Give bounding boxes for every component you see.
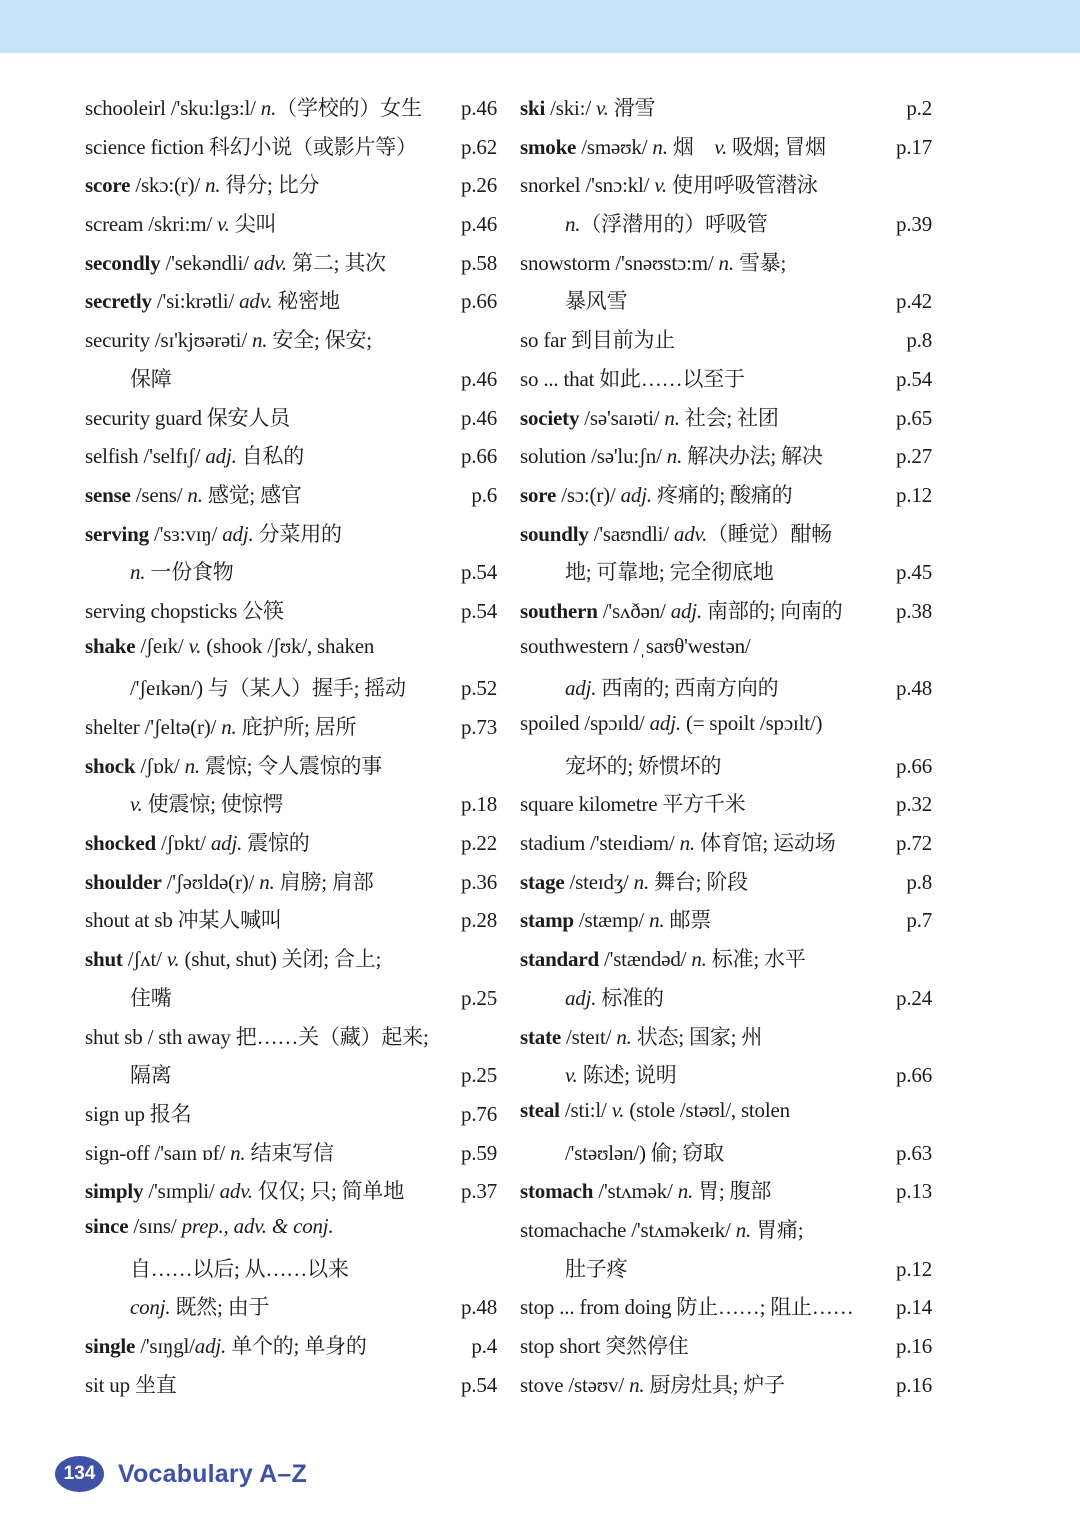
vocab-entry-line: shake /ʃeɪk/ v. (shook /ʃʊk/, shaken — [85, 634, 497, 673]
vocab-entry-line: simply /'sɪmpli/ adv. 仅仅; 只; 简单地p.37 — [85, 1175, 497, 1214]
vocab-entry-line: 自……以后; 从……以来 — [85, 1253, 497, 1292]
vocab-entry-text: /'ʃeɪkən/) 与（某人）握手; 摇动 — [85, 672, 406, 702]
vocab-entry-line: southern /'sʌðən/ adj. 南部的; 向南的p.38 — [520, 595, 932, 634]
vocabulary-list: schooleirl /'sku:lgɜ:l/ n.（学校的）女生p.46sci… — [85, 92, 945, 1407]
page-ref: p.42 — [896, 289, 932, 314]
vocab-entry-line: so far 到目前为止p.8 — [520, 324, 932, 363]
vocab-entry-text: stadium /'steɪdiəm/ n. 体育馆; 运动场 — [520, 827, 836, 857]
vocab-entry-text: selfish /'selfɪʃ/ adj. 自私的 — [85, 440, 304, 470]
vocab-entry-line: security /sɪ'kjʊərəti/ n. 安全; 保安; — [85, 324, 497, 363]
page-ref: p.63 — [896, 1141, 932, 1166]
vocab-entry-line: ski /ski:/ v. 滑雪p.2 — [520, 92, 932, 131]
page-ref: p.66 — [461, 444, 497, 469]
vocab-entry-text: v. 陈述; 说明 — [520, 1059, 677, 1089]
page-number-badge: 134 — [55, 1456, 104, 1492]
vocab-entry-line: single /'sɪŋgl/adj. 单个的; 单身的p.4 — [85, 1330, 497, 1369]
vocab-entry-text: serving /'sɜ:vɪŋ/ adj. 分菜用的 — [85, 518, 342, 548]
vocab-entry-line: sit up 坐直p.54 — [85, 1369, 497, 1408]
vocab-entry-text: stove /stəʊv/ n. 厨房灶具; 炉子 — [520, 1369, 785, 1399]
section-title: Vocabulary A–Z — [118, 1460, 307, 1489]
vocab-entry-line: soundly /'saʊndli/ adv.（睡觉）酣畅 — [520, 518, 932, 557]
page-ref: p.7 — [906, 908, 932, 933]
vocab-entry-line: selfish /'selfɪʃ/ adj. 自私的p.66 — [85, 440, 497, 479]
vocab-entry-text: sign-off /'saɪn ɒf/ n. 结束写信 — [85, 1137, 334, 1167]
header-band — [0, 0, 1080, 53]
page-ref: p.46 — [461, 367, 497, 392]
vocab-entry-text: 住嘴 — [85, 982, 172, 1012]
vocab-entry-line: sense /sens/ n. 感觉; 感官p.6 — [85, 479, 497, 518]
page-ref: p.13 — [896, 1179, 932, 1204]
page-ref: p.25 — [461, 1063, 497, 1088]
vocab-entry-line: secondly /'sekəndli/ adv. 第二; 其次p.58 — [85, 247, 497, 286]
vocab-entry-line: adj. 西南的; 西南方向的p.48 — [520, 672, 932, 711]
vocab-entry-text: simply /'sɪmpli/ adv. 仅仅; 只; 简单地 — [85, 1175, 404, 1205]
vocab-entry-text: adj. 标准的 — [520, 982, 664, 1012]
vocab-entry-line: shout at sb 冲某人喊叫p.28 — [85, 904, 497, 943]
vocab-entry-text: n. 一份食物 — [85, 556, 234, 586]
page-ref: p.45 — [896, 560, 932, 585]
vocab-entry-line: stage /steɪdʒ/ n. 舞台; 阶段p.8 — [520, 866, 932, 905]
vocab-entry-line: serving chopsticks 公筷p.54 — [85, 595, 497, 634]
page-ref: p.25 — [461, 986, 497, 1011]
vocab-entry-line: scream /skri:m/ v. 尖叫p.46 — [85, 208, 497, 247]
vocab-entry-line: sore /sɔ:(r)/ adj. 疼痛的; 酸痛的p.12 — [520, 479, 932, 518]
vocab-entry-text: 地; 可靠地; 完全彻底地 — [520, 556, 774, 586]
vocab-entry-text: soundly /'saʊndli/ adv.（睡觉）酣畅 — [520, 518, 832, 548]
page-ref: p.6 — [471, 483, 497, 508]
vocab-entry-text: shelter /'ʃeltə(r)/ n. 庇护所; 居所 — [85, 711, 356, 741]
vocab-entry-text: sore /sɔ:(r)/ adj. 疼痛的; 酸痛的 — [520, 479, 792, 509]
page-ref: p.54 — [896, 367, 932, 392]
vocab-entry-line: society /sə'saɪəti/ n. 社会; 社团p.65 — [520, 402, 932, 441]
page-ref: p.24 — [896, 986, 932, 1011]
vocab-entry-line: stamp /stæmp/ n. 邮票p.7 — [520, 904, 932, 943]
vocab-entry-line: science fiction 科幻小说（或影片等）p.62 — [85, 131, 497, 170]
vocab-entry-text: security /sɪ'kjʊərəti/ n. 安全; 保安; — [85, 324, 372, 354]
vocab-entry-line: shock /ʃɒk/ n. 震惊; 令人震惊的事 — [85, 750, 497, 789]
vocab-entry-text: shout at sb 冲某人喊叫 — [85, 904, 282, 934]
vocab-entry-text: state /steɪt/ n. 状态; 国家; 州 — [520, 1021, 762, 1051]
vocab-entry-line: state /steɪt/ n. 状态; 国家; 州 — [520, 1021, 932, 1060]
vocab-entry-line: stop ... from doing 防止……; 阻止……p.14 — [520, 1291, 932, 1330]
vocab-entry-line: n. 一份食物p.54 — [85, 556, 497, 595]
vocab-entry-text: 暴风雪 — [520, 285, 627, 315]
vocab-entry-line: 保障p.46 — [85, 363, 497, 402]
vocab-entry-text: since /sɪns/ prep., adv. & conj. — [85, 1214, 334, 1239]
vocab-entry-line: shut /ʃʌt/ v. (shut, shut) 关闭; 合上; — [85, 943, 497, 982]
page-ref: p.54 — [461, 1373, 497, 1398]
vocab-entry-text: security guard 保安人员 — [85, 402, 290, 432]
page-ref: p.38 — [896, 599, 932, 624]
page-ref: p.8 — [906, 328, 932, 353]
vocab-entry-text: shut sb / sth away 把……关（藏）起来; — [85, 1021, 429, 1051]
vocab-entry-text: science fiction 科幻小说（或影片等） — [85, 131, 417, 161]
vocab-entry-text: sign up 报名 — [85, 1098, 192, 1128]
vocab-entry-line: secretly /'si:krətli/ adv. 秘密地p.66 — [85, 285, 497, 324]
page-ref: p.72 — [896, 831, 932, 856]
page-ref: p.73 — [461, 715, 497, 740]
page-ref: p.46 — [461, 96, 497, 121]
vocab-entry-line: stomachache /'stʌməkeɪk/ n. 胃痛; — [520, 1214, 932, 1253]
page-ref: p.59 — [461, 1141, 497, 1166]
vocab-entry-text: 隔离 — [85, 1059, 172, 1089]
vocab-entry-line: snorkel /'snɔ:kl/ v. 使用呼吸管潜泳 — [520, 169, 932, 208]
vocab-entry-text: adj. 西南的; 西南方向的 — [520, 672, 778, 702]
vocab-entry-line: schooleirl /'sku:lgɜ:l/ n.（学校的）女生p.46 — [85, 92, 497, 131]
vocab-entry-text: shock /ʃɒk/ n. 震惊; 令人震惊的事 — [85, 750, 382, 780]
page-ref: p.66 — [896, 754, 932, 779]
vocab-entry-line: shut sb / sth away 把……关（藏）起来; — [85, 1021, 497, 1060]
vocab-entry-line: 住嘴p.25 — [85, 982, 497, 1021]
vocab-entry-text: stomach /'stʌmək/ n. 胃; 腹部 — [520, 1175, 771, 1205]
vocab-entry-line: snowstorm /'snəʊstɔ:m/ n. 雪暴; — [520, 247, 932, 286]
page-ref: p.26 — [461, 173, 497, 198]
page-ref: p.14 — [896, 1295, 932, 1320]
vocab-entry-text: solution /sə'lu:ʃn/ n. 解决办法; 解决 — [520, 440, 823, 470]
page-ref: p.39 — [896, 212, 932, 237]
page-ref: p.46 — [461, 212, 497, 237]
page-ref: p.46 — [461, 406, 497, 431]
vocab-entry-text: single /'sɪŋgl/adj. 单个的; 单身的 — [85, 1330, 367, 1360]
vocab-entry-text: 宠坏的; 娇惯坏的 — [520, 750, 721, 780]
vocab-entry-line: v. 陈述; 说明p.66 — [520, 1059, 932, 1098]
vocab-entry-line: serving /'sɜ:vɪŋ/ adj. 分菜用的 — [85, 518, 497, 557]
vocab-entry-line: adj. 标准的p.24 — [520, 982, 932, 1021]
vocab-entry-text: serving chopsticks 公筷 — [85, 595, 284, 625]
page-ref: p.16 — [896, 1373, 932, 1398]
vocab-entry-text: spoiled /spɔɪld/ adj. (= spoilt /spɔɪlt/… — [520, 711, 822, 736]
vocab-entry-line: shocked /ʃɒkt/ adj. 震惊的p.22 — [85, 827, 497, 866]
vocab-entry-text: sense /sens/ n. 感觉; 感官 — [85, 479, 302, 509]
vocab-entry-line: spoiled /spɔɪld/ adj. (= spoilt /spɔɪlt/… — [520, 711, 932, 750]
vocab-entry-text: 保障 — [85, 363, 172, 393]
vocab-entry-line: 肚子疼p.12 — [520, 1253, 932, 1292]
vocab-entry-text: stomachache /'stʌməkeɪk/ n. 胃痛; — [520, 1214, 803, 1244]
page-ref: p.2 — [906, 96, 932, 121]
vocab-entry-text: secretly /'si:krətli/ adv. 秘密地 — [85, 285, 340, 315]
vocab-entry-line: sign up 报名p.76 — [85, 1098, 497, 1137]
vocab-entry-text: southern /'sʌðən/ adj. 南部的; 向南的 — [520, 595, 843, 625]
page-ref: p.54 — [461, 599, 497, 624]
vocab-entry-text: 肚子疼 — [520, 1253, 627, 1283]
vocab-entry-line: so ... that 如此……以至于p.54 — [520, 363, 932, 402]
page-ref: p.32 — [896, 792, 932, 817]
vocab-entry-text: v. 使震惊; 使惊愕 — [85, 788, 283, 818]
page-ref: p.65 — [896, 406, 932, 431]
page-ref: p.66 — [461, 289, 497, 314]
vocab-entry-line: security guard 保安人员p.46 — [85, 402, 497, 441]
vocab-entry-line: square kilometre 平方千米p.32 — [520, 788, 932, 827]
page-ref: p.36 — [461, 870, 497, 895]
vocab-entry-text: snorkel /'snɔ:kl/ v. 使用呼吸管潜泳 — [520, 169, 818, 199]
page-ref: p.48 — [461, 1295, 497, 1320]
page-ref: p.48 — [896, 676, 932, 701]
vocab-entry-line: score /skɔ:(r)/ n. 得分; 比分p.26 — [85, 169, 497, 208]
vocab-entry-text: ski /ski:/ v. 滑雪 — [520, 92, 655, 122]
vocab-entry-line: /'ʃeɪkən/) 与（某人）握手; 摇动p.52 — [85, 672, 497, 711]
page-ref: p.17 — [896, 135, 932, 160]
vocab-entry-text: square kilometre 平方千米 — [520, 788, 746, 818]
page-ref: p.12 — [896, 1257, 932, 1282]
vocab-entry-line: stop short 突然停住p.16 — [520, 1330, 932, 1369]
vocab-entry-line: southwestern /ˌsaʊθ'westən/ — [520, 634, 932, 673]
vocab-entry-line: sign-off /'saɪn ɒf/ n. 结束写信p.59 — [85, 1137, 497, 1176]
vocab-entry-line: since /sɪns/ prep., adv. & conj. — [85, 1214, 497, 1253]
vocab-entry-line: shelter /'ʃeltə(r)/ n. 庇护所; 居所p.73 — [85, 711, 497, 750]
vocab-entry-text: society /sə'saɪəti/ n. 社会; 社团 — [520, 402, 779, 432]
vocab-entry-text: so far 到目前为止 — [520, 324, 675, 354]
vocab-entry-text: shoulder /'ʃəʊldə(r)/ n. 肩膀; 肩部 — [85, 866, 374, 896]
vocab-entry-text: standard /'stændəd/ n. 标准; 水平 — [520, 943, 806, 973]
vocab-entry-line: solution /sə'lu:ʃn/ n. 解决办法; 解决p.27 — [520, 440, 932, 479]
page-ref: p.37 — [461, 1179, 497, 1204]
page-ref: p.76 — [461, 1102, 497, 1127]
vocab-entry-line: stove /stəʊv/ n. 厨房灶具; 炉子p.16 — [520, 1369, 932, 1408]
page-ref: p.62 — [461, 135, 497, 160]
vocab-entry-line: 暴风雪p.42 — [520, 285, 932, 324]
vocab-entry-text: scream /skri:m/ v. 尖叫 — [85, 208, 276, 238]
vocab-entry-line: 宠坏的; 娇惯坏的p.66 — [520, 750, 932, 789]
vocab-entry-text: score /skɔ:(r)/ n. 得分; 比分 — [85, 169, 319, 199]
vocab-entry-line: stomach /'stʌmək/ n. 胃; 腹部p.13 — [520, 1175, 932, 1214]
page-ref: p.66 — [896, 1063, 932, 1088]
vocab-entry-text: secondly /'sekəndli/ adv. 第二; 其次 — [85, 247, 386, 277]
vocab-entry-text: n.（浮潜用的）呼吸管 — [520, 208, 768, 238]
vocab-entry-line: smoke /sməʊk/ n. 烟 v. 吸烟; 冒烟p.17 — [520, 131, 932, 170]
vocab-entry-text: 自……以后; 从……以来 — [85, 1253, 349, 1283]
vocab-entry-text: stage /steɪdʒ/ n. 舞台; 阶段 — [520, 866, 748, 896]
page-ref: p.27 — [896, 444, 932, 469]
vocab-entry-text: /'stəʊlən/) 偷; 窃取 — [520, 1137, 724, 1167]
vocab-entry-line: steal /sti:l/ v. (stole /stəʊl/, stolen — [520, 1098, 932, 1137]
vocab-entry-text: sit up 坐直 — [85, 1369, 177, 1399]
vocab-entry-line: v. 使震惊; 使惊愕p.18 — [85, 788, 497, 827]
page-ref: p.52 — [461, 676, 497, 701]
vocab-entry-text: smoke /sməʊk/ n. 烟 v. 吸烟; 冒烟 — [520, 131, 826, 161]
vocab-entry-text: stop short 突然停住 — [520, 1330, 689, 1360]
page-ref: p.28 — [461, 908, 497, 933]
vocab-entry-text: conj. 既然; 由于 — [85, 1291, 269, 1321]
vocab-entry-text: shut /ʃʌt/ v. (shut, shut) 关闭; 合上; — [85, 943, 381, 973]
page-ref: p.22 — [461, 831, 497, 856]
vocab-entry-line: n.（浮潜用的）呼吸管p.39 — [520, 208, 932, 247]
vocab-entry-line: conj. 既然; 由于p.48 — [85, 1291, 497, 1330]
page-ref: p.16 — [896, 1334, 932, 1359]
vocab-entry-text: snowstorm /'snəʊstɔ:m/ n. 雪暴; — [520, 247, 786, 277]
vocab-entry-text: schooleirl /'sku:lgɜ:l/ n.（学校的）女生 — [85, 92, 422, 122]
vocab-entry-text: steal /sti:l/ v. (stole /stəʊl/, stolen — [520, 1098, 790, 1123]
vocab-entry-text: stop ... from doing 防止……; 阻止…… — [520, 1291, 854, 1321]
vocab-column-left: schooleirl /'sku:lgɜ:l/ n.（学校的）女生p.46sci… — [85, 92, 497, 1407]
vocab-entry-text: so ... that 如此……以至于 — [520, 363, 745, 393]
vocab-entry-line: shoulder /'ʃəʊldə(r)/ n. 肩膀; 肩部p.36 — [85, 866, 497, 905]
vocab-entry-line: 隔离p.25 — [85, 1059, 497, 1098]
page-ref: p.18 — [461, 792, 497, 817]
vocab-entry-line: /'stəʊlən/) 偷; 窃取p.63 — [520, 1137, 932, 1176]
page-footer: 134 Vocabulary A–Z — [55, 1456, 307, 1492]
page-ref: p.8 — [906, 870, 932, 895]
page-ref: p.54 — [461, 560, 497, 585]
page-ref: p.4 — [471, 1334, 497, 1359]
vocab-entry-line: standard /'stændəd/ n. 标准; 水平 — [520, 943, 932, 982]
vocab-entry-text: shocked /ʃɒkt/ adj. 震惊的 — [85, 827, 310, 857]
vocab-column-right: ski /ski:/ v. 滑雪p.2smoke /sməʊk/ n. 烟 v.… — [520, 92, 932, 1407]
vocab-entry-text: shake /ʃeɪk/ v. (shook /ʃʊk/, shaken — [85, 634, 374, 659]
vocab-entry-line: stadium /'steɪdiəm/ n. 体育馆; 运动场p.72 — [520, 827, 932, 866]
vocab-entry-line: 地; 可靠地; 完全彻底地p.45 — [520, 556, 932, 595]
page-ref: p.12 — [896, 483, 932, 508]
vocab-entry-text: stamp /stæmp/ n. 邮票 — [520, 904, 711, 934]
page-ref: p.58 — [461, 251, 497, 276]
vocab-entry-text: southwestern /ˌsaʊθ'westən/ — [520, 634, 751, 659]
